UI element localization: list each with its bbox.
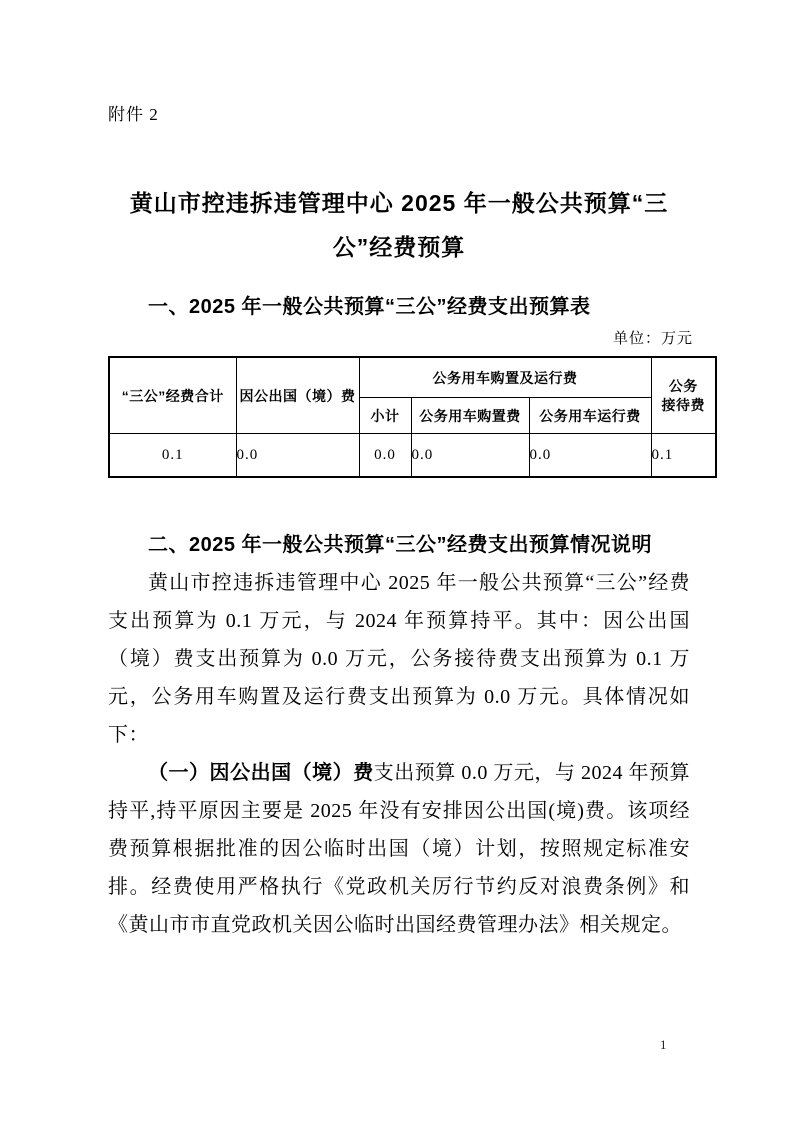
table-header-abroad: 因公出国（境）费: [236, 357, 359, 434]
page-number: 1: [660, 1037, 667, 1053]
table-header-reception-line1: 公务: [652, 377, 716, 396]
table-header-reception: 公务 接待费: [651, 357, 716, 434]
paragraph-abroad-lead: （一）因公出国（境）费: [148, 762, 374, 784]
table-header-vehicle-group: 公务用车购置及运行费: [359, 357, 651, 398]
table-header-vehicle-purchase: 公务用车购置费: [411, 398, 529, 434]
table-header-vehicle-subtotal: 小计: [359, 398, 411, 434]
cell-total: 0.1: [109, 434, 236, 478]
cell-vehicle-operation: 0.0: [529, 434, 651, 478]
paragraph-summary: 黄山市控违拆违管理中心 2025 年一般公共预算“三公”经费支出预算为 0.1 …: [108, 564, 690, 754]
budget-table: “三公”经费合计 因公出国（境）费 公务用车购置及运行费 公务 接待费 小计 公…: [108, 356, 717, 478]
cell-reception: 0.1: [651, 434, 716, 478]
table-header-reception-line2: 接待费: [652, 396, 716, 415]
attachment-label: 附件 2: [108, 103, 715, 127]
section-2-heading: 二、2025 年一般公共预算“三公”经费支出预算情况说明: [108, 526, 690, 564]
document-page: 附件 2 黄山市控违拆违管理中心 2025 年一般公共预算“三公”经费预算 一、…: [0, 0, 793, 1122]
paragraph-abroad-detail: （一）因公出国（境）费支出预算 0.0 万元，与 2024 年预算持平,持平原因…: [108, 754, 690, 944]
document-title: 黄山市控违拆违管理中心 2025 年一般公共预算“三公”经费预算: [108, 181, 690, 269]
unit-note: 单位：万元: [108, 330, 715, 348]
cell-vehicle-subtotal: 0.0: [359, 434, 411, 478]
cell-abroad: 0.0: [236, 434, 359, 478]
table-header-vehicle-operation: 公务用车运行费: [529, 398, 651, 434]
table-header-total: “三公”经费合计: [109, 357, 236, 434]
table-header-row-1: “三公”经费合计 因公出国（境）费 公务用车购置及运行费 公务 接待费: [109, 357, 716, 398]
paragraph-abroad-body: 支出预算 0.0 万元，与 2024 年预算持平,持平原因主要是 2025 年没…: [108, 762, 690, 936]
cell-vehicle-purchase: 0.0: [411, 434, 529, 478]
table-data-row: 0.1 0.0 0.0 0.0 0.0 0.1: [109, 434, 716, 478]
section-1-heading: 一、2025 年一般公共预算“三公”经费支出预算表: [108, 293, 690, 321]
